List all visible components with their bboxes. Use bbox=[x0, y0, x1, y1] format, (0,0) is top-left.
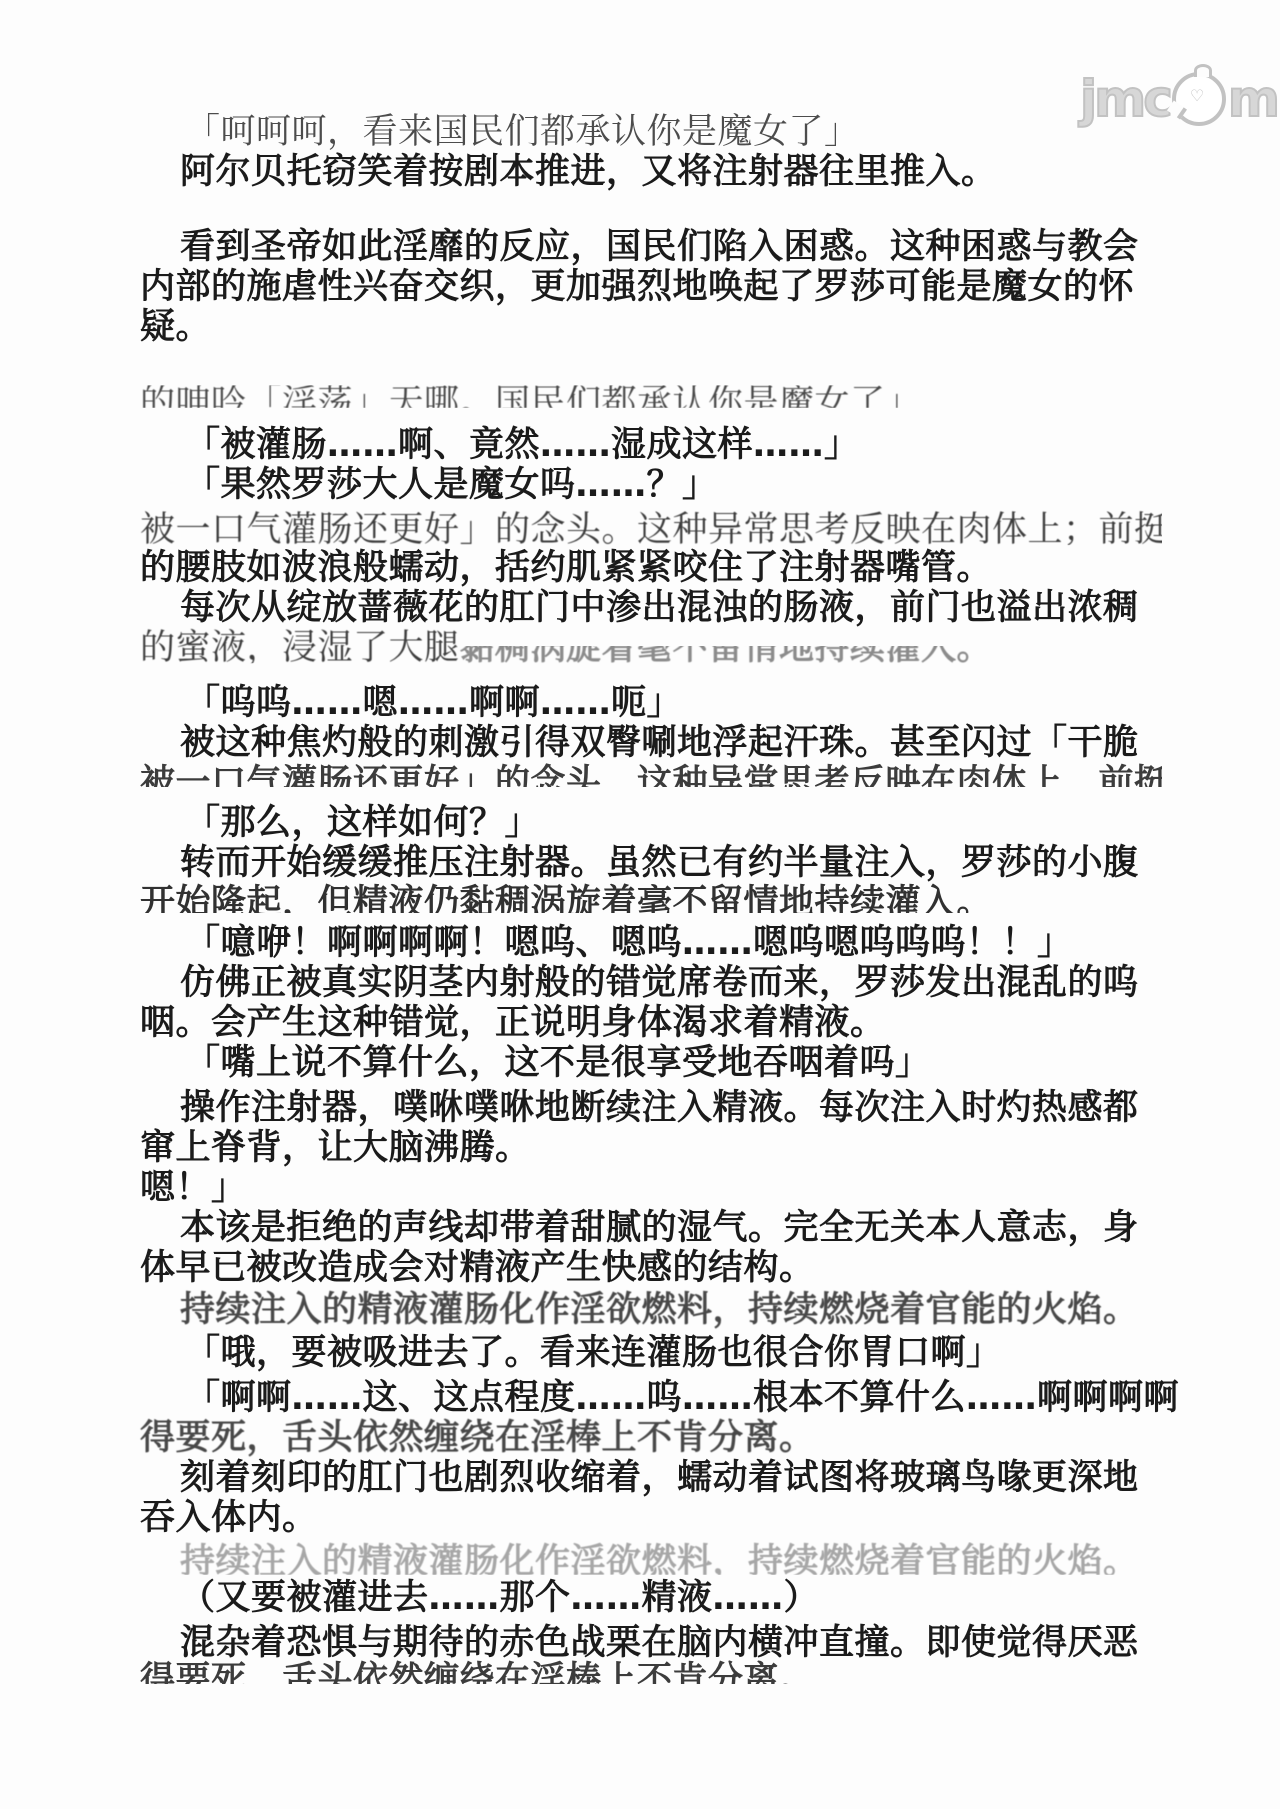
text-line: 混杂着恐惧与期待的赤色战栗在脑内横冲直撞。即使觉得厌恶 bbox=[140, 1623, 1202, 1663]
text-line: （又要被灌进去……那个……精液……） bbox=[140, 1578, 1202, 1618]
text-line: 被一口气灌肠还更好」的念头，这种异常思考反映在肉体上，前挺 bbox=[140, 763, 1162, 803]
text-line: 仿佛正被真实阴茎内射般的错觉席卷而来，罗莎发出混乱的呜 bbox=[140, 963, 1202, 1003]
text-line: 嗯！」 bbox=[140, 1168, 1162, 1208]
text-segment: 的蜜液，浸湿了大腿 bbox=[140, 628, 460, 668]
text-line: 「那么，这样如何？」 bbox=[140, 803, 1207, 843]
text-line: 操作注射器，噗咻噗咻地断续注入精液。每次注入时灼热感都 bbox=[140, 1088, 1202, 1128]
text-line: 每次从绽放蔷薇花的肛门中渗出混浊的肠液，前门也溢出浓稠 bbox=[140, 588, 1202, 628]
text-line: 疑。 bbox=[140, 307, 1162, 347]
text-line: 「嘴上说不算什么，这不是很享受地吞咽着吗」 bbox=[140, 1043, 1207, 1083]
text-line: 「哦，要被吸进去了。看来连灌肠也很合你胃口啊」 bbox=[140, 1333, 1207, 1373]
text-line: 持续注入的精液灌肠化作淫欲燃料，持续燃烧着官能的火焰。 bbox=[140, 1542, 1202, 1582]
text-line: 「啊啊……这、这点程度……呜……根本不算什么……啊啊啊啊 bbox=[140, 1378, 1207, 1418]
text-line: 刻着刻印的肛门也剧烈收缩着，蠕动着试图将玻璃鸟喙更深地 bbox=[140, 1458, 1202, 1498]
bird-tuft bbox=[1194, 64, 1212, 77]
text-line: 的呻吟「淫荡」天哪。国民们都承认你是魔女了」 bbox=[140, 383, 1162, 423]
text-segment: 黏稠涡旋着毫不留情地持续灌入。 bbox=[460, 628, 993, 668]
text-line: 阿尔贝托窃笑着按剧本推进，又将注射器往里推入。 bbox=[140, 152, 1202, 192]
text-line: 的蜜液，浸湿了大腿黏稠涡旋着毫不留情地持续灌入。 bbox=[140, 628, 1162, 668]
text-line: 「果然罗莎大人是魔女吗……？」 bbox=[140, 465, 1207, 505]
text-line: 「被灌肠……啊、竟然……湿成这样……」 bbox=[140, 425, 1207, 465]
text-line: 「呜呜……嗯……啊啊……呃」 bbox=[140, 683, 1207, 723]
text-line: 「呵呵呵，看来国民们都承认你是魔女了」 bbox=[140, 112, 1207, 152]
text-line: 得要死，舌头依然缠绕在淫棒上不肯分离。 bbox=[140, 1418, 1162, 1458]
text-line: 看到圣帝如此淫靡的反应，国民们陷入困惑。这种困惑与教会 bbox=[140, 227, 1202, 267]
text-line: 被这种焦灼般的刺激引得双臀唰地浮起汗珠。甚至闪过「干脆 bbox=[140, 723, 1202, 763]
heart-icon: ♡ bbox=[1190, 88, 1204, 104]
text-line: 的腰肢如波浪般蠕动，括约肌紧紧咬住了注射器嘴管。 bbox=[140, 548, 1162, 588]
text-line: 内部的施虐性兴奋交织，更加强烈地唤起了罗莎可能是魔女的怀 bbox=[140, 267, 1162, 307]
text-line: 「噫咿！啊啊啊啊！嗯呜、嗯呜……嗯呜嗯呜呜呜！！」 bbox=[140, 923, 1207, 963]
text-line: 体早已被改造成会对精液产生快感的结构。 bbox=[140, 1248, 1162, 1288]
text-line: 得要死，舌头依然缠绕在淫棒上不肯分离。 bbox=[140, 1660, 1162, 1700]
text-line: 被一口气灌肠还更好」的念头。这种异常思考反映在肉体上；前挺 bbox=[140, 510, 1162, 550]
text-line: 窜上脊背，让大脑沸腾。 bbox=[140, 1128, 1162, 1168]
text-line: 开始隆起，但精液仍黏稠涡旋着毫不留情地持续灌入。 bbox=[140, 883, 1162, 923]
page: jmc ♡ mic 「呵呵呵，看来国民们都承认你是魔女了」阿尔贝托窃笑着按剧本推… bbox=[0, 0, 1280, 1809]
text-line: 吞入体内。 bbox=[140, 1498, 1162, 1538]
text-line: 转而开始缓缓推压注射器。虽然已有约半量注入，罗莎的小腹 bbox=[140, 843, 1202, 883]
text-line: 本该是拒绝的声线却带着甜腻的湿气。完全无关本人意志，身 bbox=[140, 1208, 1202, 1248]
text-line: 咽。会产生这种错觉，正说明身体渴求着精液。 bbox=[140, 1003, 1162, 1043]
watermark-text-right: mic bbox=[1228, 74, 1280, 124]
text-line: 持续注入的精液灌肠化作淫欲燃料，持续燃烧着官能的火焰。 bbox=[140, 1290, 1202, 1330]
